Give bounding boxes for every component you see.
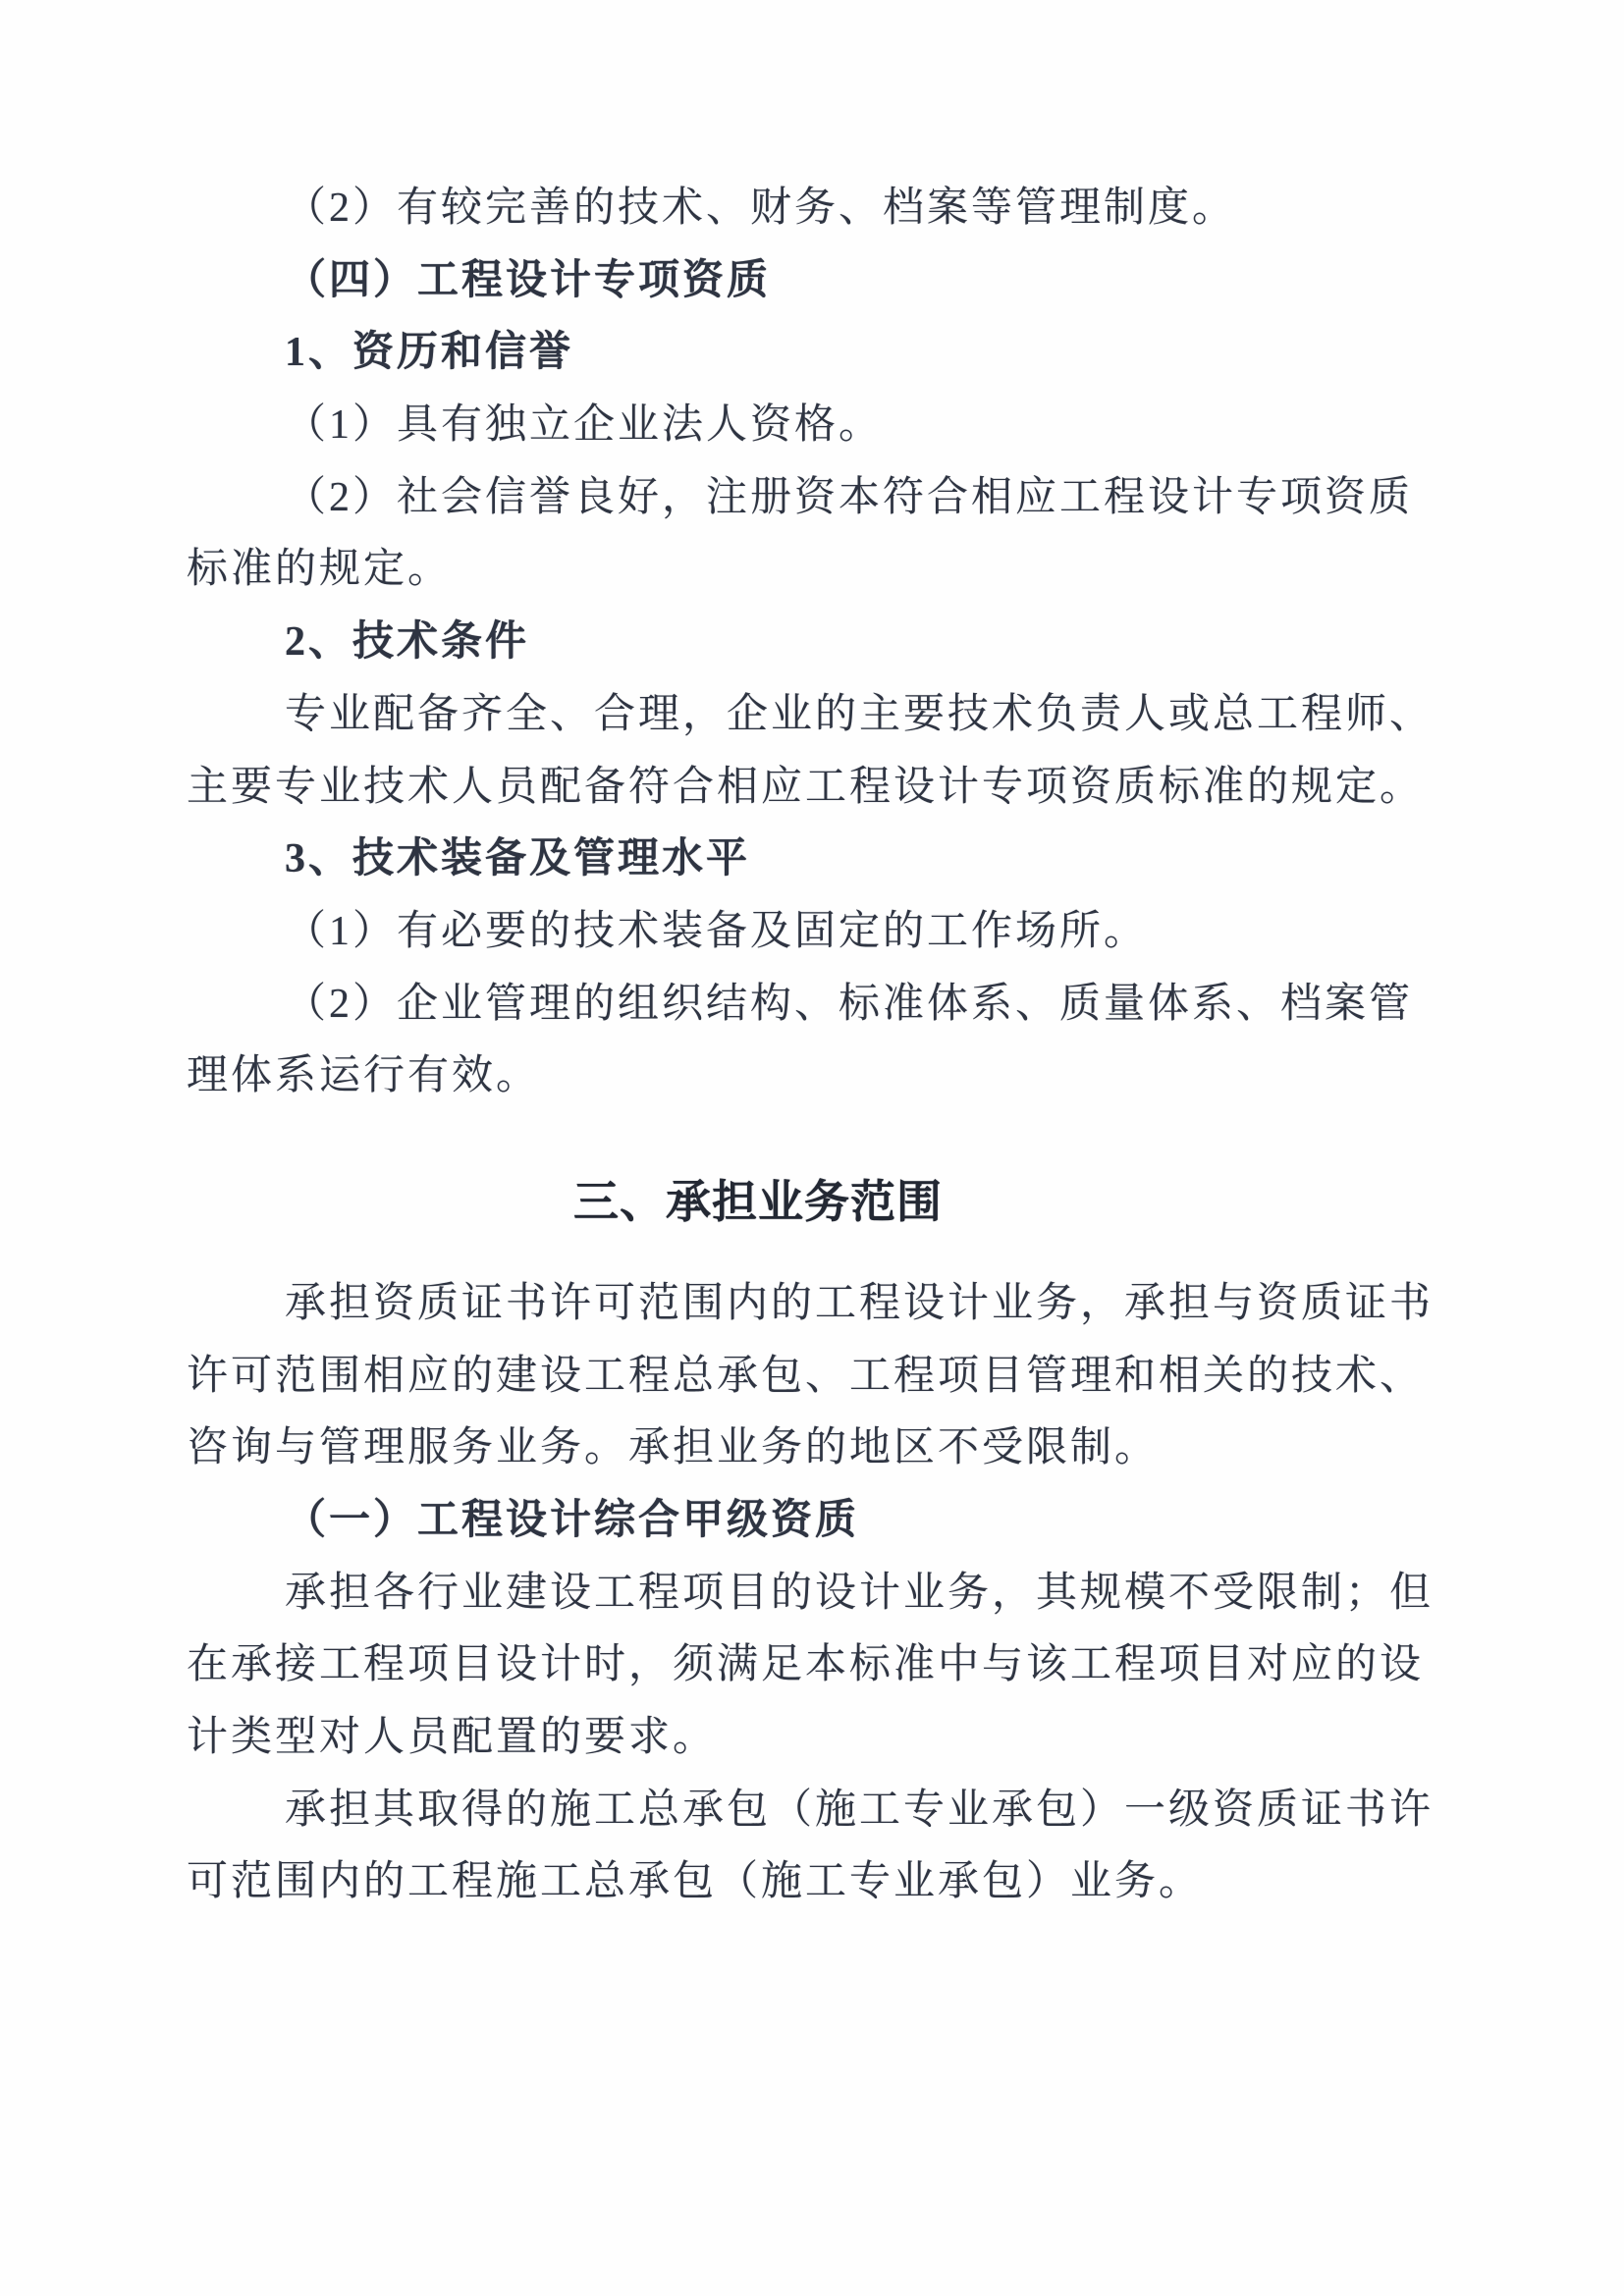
- text-line: 承担资质证书许可范围内的工程设计业务，承担与资质证书: [187, 1268, 1426, 1341]
- text-line: 专业配备齐全、合理，企业的主要技术负责人或总工程师、: [187, 679, 1426, 752]
- text-line: 计类型对人员配置的要求。: [187, 1702, 1426, 1775]
- text-line: （2）有较完善的技术、财务、档案等管理制度。: [187, 173, 1426, 245]
- text-line: 承担其取得的施工总承包（施工专业承包）一级资质证书许: [187, 1775, 1426, 1847]
- document-text-block: （2）有较完善的技术、财务、档案等管理制度。 （四）工程设计专项资质 1、资历和…: [187, 173, 1426, 1919]
- text-line: 主要专业技术人员配备符合相应工程设计专项资质标准的规定。: [187, 752, 1426, 825]
- text-line: 咨询与管理服务业务。承担业务的地区不受限制。: [187, 1413, 1426, 1485]
- subsection-heading: （一）工程设计综合甲级资质: [187, 1485, 1426, 1558]
- section-heading: 三、承担业务范围: [187, 1160, 1329, 1243]
- numbered-subheading: 2、技术条件: [187, 607, 1426, 679]
- numbered-subheading: 1、资历和信誉: [187, 317, 1426, 390]
- subsection-heading: （四）工程设计专项资质: [187, 245, 1426, 318]
- text-line: （2）企业管理的组织结构、标准体系、质量体系、档案管: [187, 969, 1426, 1041]
- numbered-subheading: 3、技术装备及管理水平: [187, 824, 1426, 896]
- text-line: （2）社会信誉良好，注册资本符合相应工程设计专项资质: [187, 462, 1426, 535]
- text-line: （1）具有独立企业法人资格。: [187, 390, 1426, 462]
- text-line: 许可范围相应的建设工程总承包、工程项目管理和相关的技术、: [187, 1341, 1426, 1414]
- text-line: 在承接工程项目设计时，须满足本标准中与该工程项目对应的设: [187, 1629, 1426, 1702]
- text-line: 承担各行业建设工程项目的设计业务，其规模不受限制；但: [187, 1558, 1426, 1630]
- text-line: 标准的规定。: [187, 534, 1426, 607]
- document-page: （2）有较完善的技术、财务、档案等管理制度。 （四）工程设计专项资质 1、资历和…: [0, 0, 1624, 2296]
- text-line: 理体系运行有效。: [187, 1041, 1426, 1113]
- text-line: （1）有必要的技术装备及固定的工作场所。: [187, 896, 1426, 969]
- text-line: 可范围内的工程施工总承包（施工专业承包）业务。: [187, 1846, 1426, 1919]
